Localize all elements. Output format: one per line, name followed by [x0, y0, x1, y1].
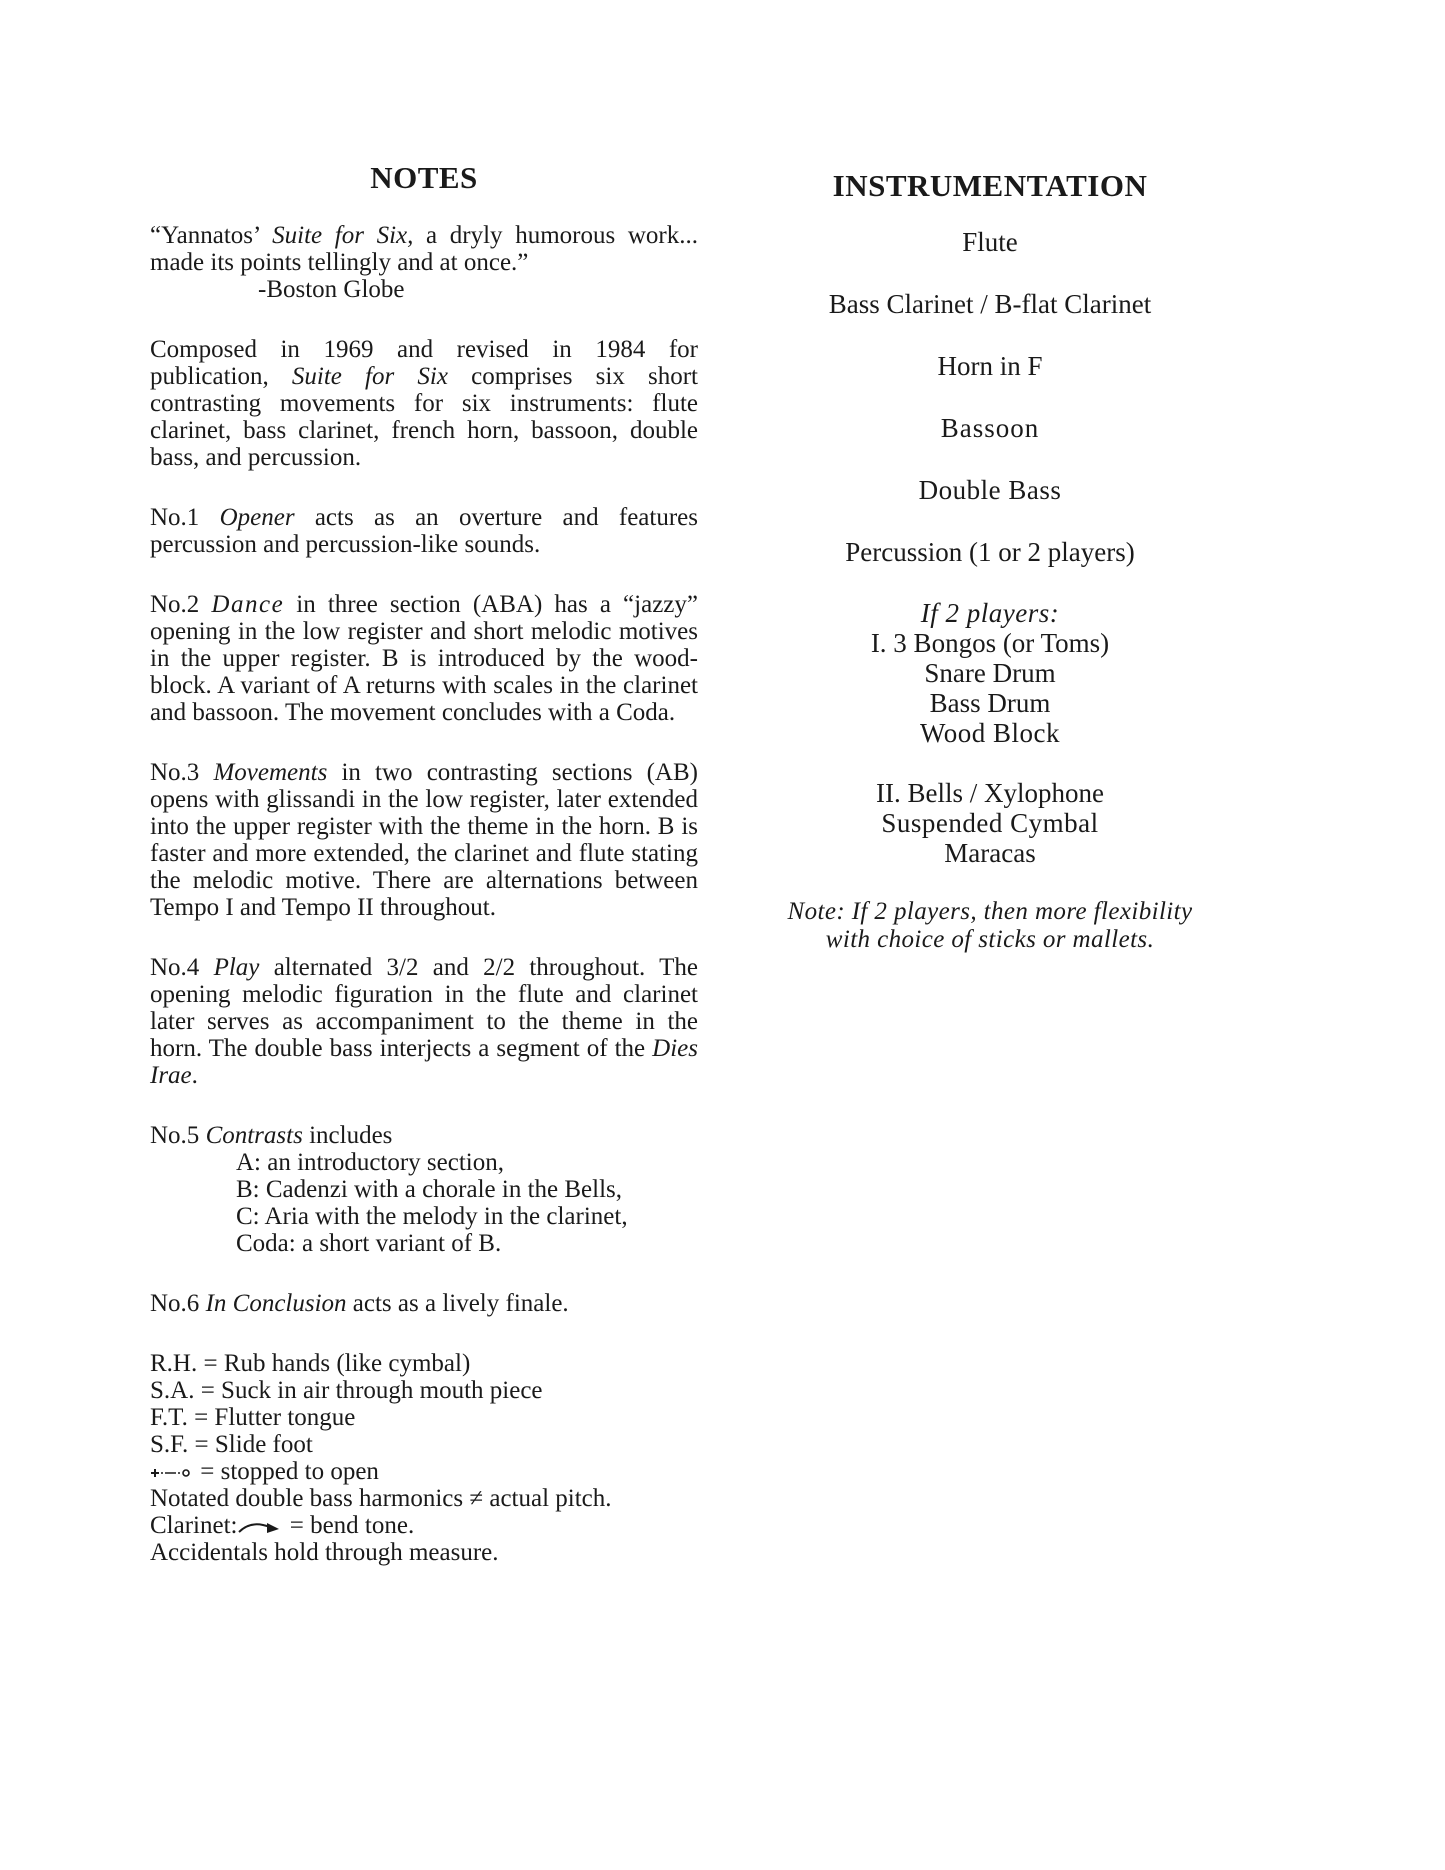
instrumentation-heading: INSTRUMENTATION	[735, 168, 1245, 204]
glossary-sf: S.F. = Slide foot	[150, 1431, 698, 1458]
movement-5: No.5 Contrasts includes A: an introducto…	[150, 1122, 698, 1257]
work-title: Suite for Six,	[272, 222, 413, 249]
movement-4: No.4 Play alternated 3/2 and 2/2 through…	[150, 954, 698, 1089]
instrumentation-column: INSTRUMENTATION Flute Bass Clarinet / B-…	[735, 168, 1245, 954]
movement-5-sections: A: an introductory section, B: Cadenzi w…	[150, 1149, 698, 1257]
percussion-player-1: If 2 players: I. 3 Bongos (or Toms) Snar…	[735, 598, 1245, 748]
composition-paragraph: Composed in 1969 and revised in 1984 for…	[150, 336, 698, 471]
instrument-flute: Flute	[735, 226, 1245, 258]
glossary-harmonics: Notated double bass harmonics ≠ actual p…	[150, 1485, 698, 1512]
bend-tone-icon	[237, 1519, 283, 1535]
glossary-accidentals: Accidentals hold through measure.	[150, 1539, 698, 1566]
stopped-to-open-icon	[150, 1467, 194, 1479]
movement-2: No.2 Dance in three section (ABA) has a …	[150, 591, 698, 726]
movement-6: No.6 In Conclusion acts as a lively fina…	[150, 1290, 698, 1317]
quote-source: -Boston Globe	[150, 276, 405, 303]
percussion-player-2: II. Bells / Xylophone Suspended Cymbal M…	[735, 778, 1245, 868]
glossary-stopped: = stopped to open	[150, 1458, 698, 1485]
instrument-clarinet: Bass Clarinet / B-flat Clarinet	[735, 288, 1245, 320]
glossary-clarinet: Clarinet: = bend tone.	[150, 1512, 698, 1539]
two-players-label: If 2 players:	[735, 598, 1245, 628]
instrument-percussion: Percussion (1 or 2 players)	[735, 536, 1245, 568]
performance-glossary: R.H. = Rub hands (like cymbal) S.A. = Su…	[150, 1350, 698, 1566]
notes-heading: NOTES	[150, 160, 698, 196]
movement-3: No.3 Movements in two contrasting sectio…	[150, 759, 698, 921]
instrument-double-bass: Double Bass	[735, 474, 1245, 506]
notes-column: NOTES “Yannatos’ Suite for Six, a dryly …	[150, 160, 698, 1566]
instrument-horn: Horn in F	[735, 350, 1245, 382]
percussion-note: Note: If 2 players, then more flexibilit…	[735, 898, 1245, 954]
instrument-bassoon: Bassoon	[735, 412, 1245, 444]
glossary-sa: S.A. = Suck in air through mouth piece	[150, 1377, 698, 1404]
glossary-rh: R.H. = Rub hands (like cymbal)	[150, 1350, 698, 1377]
movement-1: No.1 Opener acts as an overture and feat…	[150, 504, 698, 558]
glossary-ft: F.T. = Flutter tongue	[150, 1404, 698, 1431]
press-quote: “Yannatos’ Suite for Six, a dryly humoro…	[150, 222, 698, 303]
